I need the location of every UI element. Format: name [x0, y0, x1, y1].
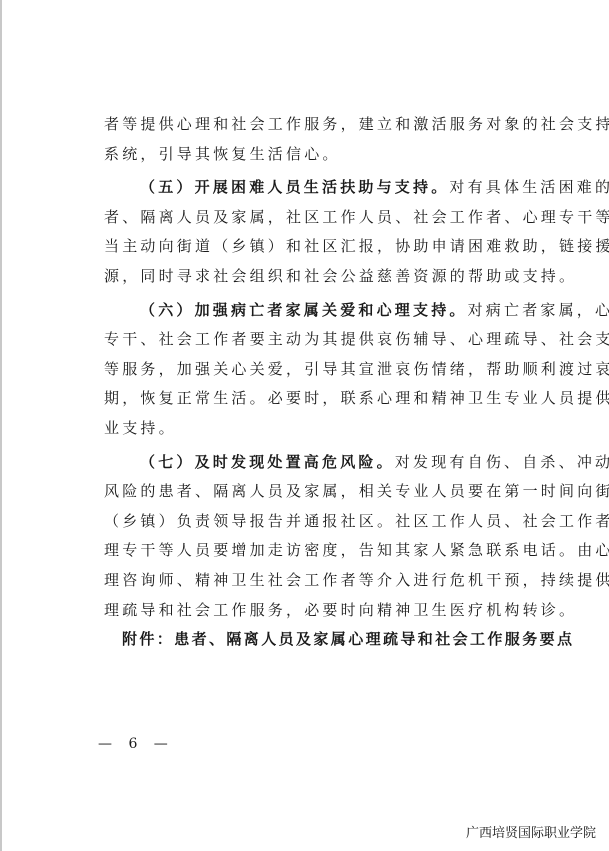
section-7-text: 对发现有自伤、自杀、冲动伤人 [395, 453, 609, 471]
section-6-first-line: （六）加强病亡者家属关爱和心理支持。对病亡者家属，心理 [104, 296, 514, 326]
document-body: 者等提供心理和社会工作服务，建立和激活服务对象的社会支持 系统，引导其恢复生活信… [104, 110, 514, 625]
paragraph-line: 理疏导和社会工作服务，必要时向精神卫生医疗机构转诊。 [104, 596, 514, 626]
paragraph-line: 专干、社会工作者要主动为其提供哀伤辅导、心理疏导、社会支持 [104, 325, 514, 355]
watermark-label: 广西培贤国际职业学院 [466, 822, 596, 841]
attachment-note: 附件：患者、隔离人员及家属心理疏导和社会工作服务要点 [122, 628, 574, 649]
section-5-heading: （五）开展困难人员生活扶助与支持。 [140, 178, 449, 196]
section-5-text: 对有具体生活困难的患 [449, 178, 609, 196]
page-number: — 6 — [98, 736, 174, 752]
section-6-heading: （六）加强病亡者家属关爱和心理支持。 [140, 301, 468, 319]
section-7-heading: （七）及时发现处置高危风险。 [140, 453, 395, 471]
section-5-first-line: （五）开展困难人员生活扶助与支持。对有具体生活困难的患 [104, 173, 514, 203]
page-left-edge [0, 0, 2, 851]
section-6-text: 对病亡者家属，心理 [468, 301, 609, 319]
paragraph-line: 理咨询师、精神卫生社会工作者等介入进行危机干预，持续提供心 [104, 566, 514, 596]
paragraph-line: 者、隔离人员及家属，社区工作人员、社会工作者、心理专干等，应 [104, 203, 514, 233]
paragraph-line: 当主动向街道（乡镇）和社区汇报，协助申请困难救助，链接援助资 [104, 232, 514, 262]
paragraph-line: 源，同时寻求社会组织和社会公益慈善资源的帮助或支持。 [104, 262, 514, 292]
paragraph-line: 理专干等人员要增加走访密度，告知其家人紧急联系电话。由心 [104, 536, 514, 566]
section-7-first-line: （七）及时发现处置高危风险。对发现有自伤、自杀、冲动伤人 [104, 448, 514, 478]
paragraph-line: 业支持。 [104, 414, 514, 444]
paragraph-line: （乡镇）负责领导报告并通报社区。社区工作人员、社会工作者、心 [104, 507, 514, 537]
paragraph-line: 者等提供心理和社会工作服务，建立和激活服务对象的社会支持 [104, 110, 514, 140]
paragraph-line: 系统，引导其恢复生活信心。 [104, 140, 514, 170]
paragraph-line: 期，恢复正常生活。必要时，联系心理和精神卫生专业人员提供专 [104, 384, 514, 414]
paragraph-line: 等服务，加强关心关爱，引导其宣泄哀伤情绪，帮助顺利渡过哀伤 [104, 355, 514, 385]
paragraph-line: 风险的患者、隔离人员及家属，相关专业人员要在第一时间向街道 [104, 477, 514, 507]
